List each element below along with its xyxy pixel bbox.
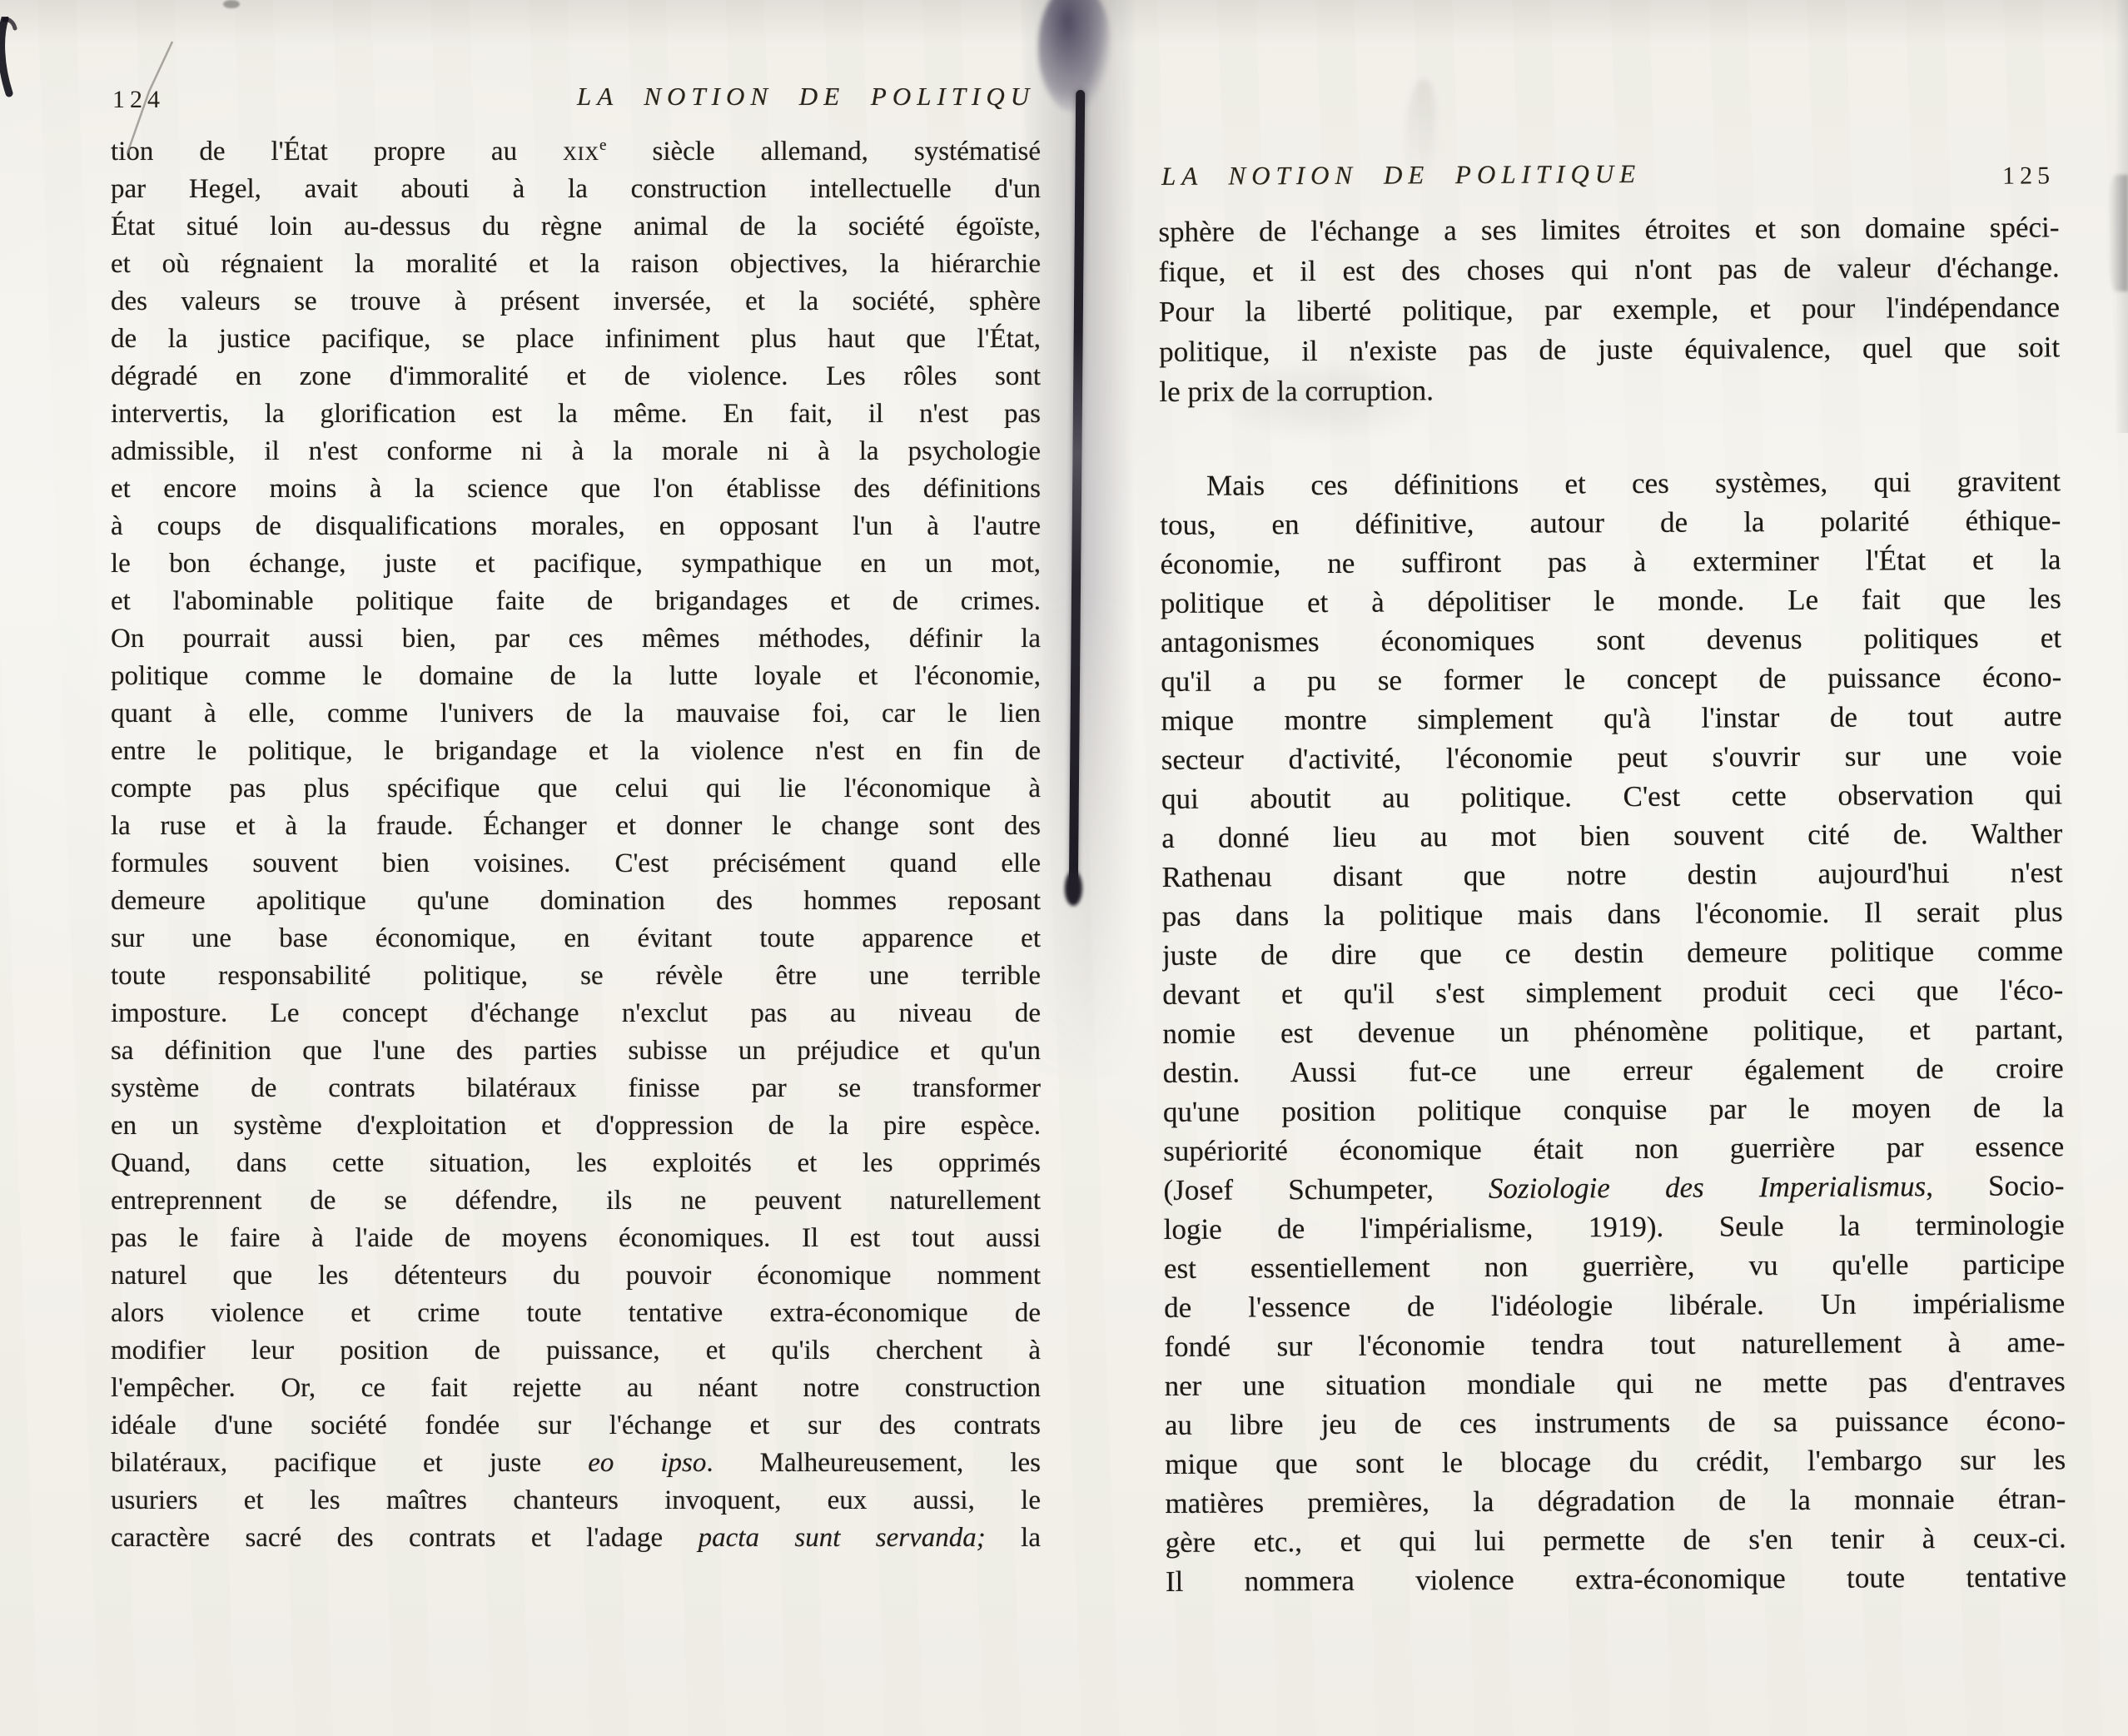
text-line: idéale d'une société fondée sur l'échang…: [111, 1407, 1041, 1445]
text-line: a donné lieu au mot bien souvent cité de…: [1161, 813, 2062, 858]
text-line: qui aboutit au politique. C'est cette ob…: [1161, 774, 2062, 818]
text-line: Rathenau disant que notre destin aujourd…: [1161, 853, 2062, 897]
text-line: logie de l'impérialisme, 1919). Seule la…: [1164, 1205, 2065, 1249]
text-line: politique comme le domaine de la lutte l…: [111, 658, 1041, 695]
text-line: et l'abominable politique faite de briga…: [111, 583, 1041, 620]
text-line: Quand, dans cette situation, les exploit…: [111, 1145, 1041, 1182]
text-line: système de contrats bilatéraux finisse p…: [111, 1070, 1041, 1107]
text-line: alors violence et crime toute tentative …: [111, 1295, 1041, 1332]
text-line: Mais ces définitions et ces systèmes, qu…: [1160, 461, 2061, 505]
text-line: formules souvent bien voisines. C'est pr…: [111, 845, 1041, 883]
text-line: par Hegel, avait abouti à la constructio…: [111, 171, 1041, 208]
text-line: sur une base économique, en évitant tout…: [111, 920, 1041, 958]
text-line: tous, en définitive, autour de la polari…: [1160, 500, 2061, 545]
text-line: et où régnaient la moralité et la raison…: [111, 246, 1041, 283]
left-running-header: LA NOTION DE POLITIQU: [577, 82, 1035, 112]
text-line: matières premières, la dégradation de la…: [1165, 1479, 2066, 1523]
text-line: mique que sont le blocage du crédit, l'e…: [1165, 1440, 2066, 1484]
text-line: tion de l'État propre au xixe siècle all…: [111, 133, 1041, 171]
text-line: politique, il n'existe pas de juste équi…: [1159, 327, 2060, 372]
right-edge-vignette: [2115, 0, 2128, 433]
text-line: usuriers et les maîtres chanteurs invoqu…: [111, 1482, 1041, 1520]
text-line: compte pas plus spécifique que celui qui…: [111, 770, 1041, 808]
text-line: sa définition que l'une des parties subi…: [111, 1032, 1041, 1070]
text-line: demeure apolitique qu'une domination des…: [111, 883, 1041, 920]
right-running-header: LA NOTION DE POLITIQUE: [1161, 159, 1641, 192]
text-line: à coups de disqualifications morales, en…: [111, 508, 1041, 545]
text-line: qu'une position politique conquise par l…: [1163, 1087, 2064, 1132]
text-line: pas dans la politique mais dans l'économ…: [1162, 892, 2063, 936]
right-paragraph-2: Mais ces définitions et ces systèmes, qu…: [1160, 461, 2066, 1601]
text-line: admissible, il n'est conforme ni à la mo…: [111, 433, 1041, 470]
gutter-ink-blob: [1038, 0, 1111, 112]
text-line: de la justice pacifique, se place infini…: [111, 321, 1041, 358]
text-line: Il nommera violence extra-économique tou…: [1166, 1557, 2066, 1601]
text-line: imposture. Le concept d'échange n'exclut…: [111, 995, 1041, 1032]
text-line: au libre jeu de ces instruments de sa pu…: [1165, 1400, 2066, 1445]
text-line: toute responsabilité politique, se révèl…: [111, 958, 1041, 995]
text-line: gère etc., et qui lui permette de s'en t…: [1166, 1518, 2066, 1562]
text-line: On pourrait aussi bien, par ces mêmes mé…: [111, 620, 1041, 658]
text-line: nomie est devenue un phénomène politique…: [1162, 1009, 2063, 1053]
text-line: intervertis, la glorification est la mêm…: [111, 395, 1041, 433]
text-line: modifier leur position de puissance, et …: [111, 1332, 1041, 1370]
text-line: des valeurs se trouve à présent inversée…: [111, 283, 1041, 321]
text-line: de l'essence de l'idéologie libérale. Un…: [1164, 1283, 2065, 1327]
book-scan-surface: 124 LA NOTION DE POLITIQU tion de l'État…: [0, 0, 2128, 1736]
text-line: dégradé en zone d'immoralité et de viole…: [111, 358, 1041, 395]
text-line: caractère sacré des contrats et l'adage …: [111, 1520, 1041, 1557]
text-line: la ruse et à la fraude. Échanger et donn…: [111, 808, 1041, 845]
left-page: 124 LA NOTION DE POLITIQU tion de l'État…: [111, 0, 1041, 1736]
text-line: destin. Aussi fut-ce une erreur égalemen…: [1163, 1048, 2064, 1092]
text-line: supériorité économique était non guerriè…: [1163, 1127, 2064, 1171]
text-line: qu'il a pu se former le concept de puiss…: [1161, 657, 2061, 701]
text-line: État situé loin au-dessus du règne anima…: [111, 208, 1041, 246]
text-line: le bon échange, juste et pacifique, symp…: [111, 545, 1041, 583]
text-line: économie, ne suffiront pas à exterminer …: [1160, 540, 2061, 584]
text-line: juste de dire que ce destin demeure poli…: [1162, 931, 2063, 975]
right-page-number: 125: [2002, 162, 2055, 190]
text-line: antagonismes économiques sont devenus po…: [1161, 618, 2061, 662]
text-line: fondé sur l'économie tendra tout naturel…: [1164, 1322, 2065, 1366]
text-line: bilatéraux, pacifique et juste eo ipso. …: [111, 1445, 1041, 1482]
text-line: devant et qu'il s'est simplement produit…: [1162, 970, 2063, 1014]
left-page-number: 124: [112, 86, 165, 114]
text-line: quant à elle, comme l'univers de la mauv…: [111, 695, 1041, 733]
text-line: est essentiellement non guerrière, vu qu…: [1164, 1244, 2065, 1288]
text-line: Pour la liberté politique, par exemple, …: [1159, 287, 2060, 332]
text-line: entreprennent de se défendre, ils ne peu…: [111, 1182, 1041, 1220]
left-body-text: tion de l'État propre au xixe siècle all…: [111, 133, 1041, 1557]
text-line: fique, et il est des choses qui n'ont pa…: [1159, 247, 2060, 292]
text-line: pas le faire à l'aide de moyens économiq…: [111, 1220, 1041, 1257]
text-line: sphère de l'échange a ses limites étroit…: [1158, 207, 2059, 252]
text-line: le prix de la corruption.: [1159, 367, 2060, 412]
text-line: secteur d'activité, l'économie peut s'ou…: [1161, 735, 2062, 779]
page-edge-line: [1069, 90, 1085, 899]
right-page: LA NOTION DE POLITIQUE 125 sphère de l'é…: [1157, 0, 2070, 1736]
right-paragraph-1: sphère de l'échange a ses limites étroit…: [1158, 207, 2060, 412]
text-line: (Josef Schumpeter, Soziologie des Imperi…: [1163, 1166, 2064, 1210]
text-line: ner une situation mondiale qui ne mette …: [1165, 1361, 2066, 1405]
text-line: l'empêcher. Or, ce fait rejette au néant…: [111, 1370, 1041, 1407]
text-line: entre le politique, le brigandage et la …: [111, 733, 1041, 770]
right-edge-mark: [2108, 175, 2128, 291]
text-line: et encore moins à la science que l'on ét…: [111, 470, 1041, 508]
text-line: mique montre simplement qu'à l'instar de…: [1161, 696, 2061, 740]
text-line: naturel que les détenteurs du pouvoir éc…: [111, 1257, 1041, 1295]
text-line: en un système d'exploitation et d'oppres…: [111, 1107, 1041, 1145]
text-line: politique et à dépolitiser le monde. Le …: [1161, 579, 2061, 623]
ink-mark-top-left: [0, 17, 25, 100]
